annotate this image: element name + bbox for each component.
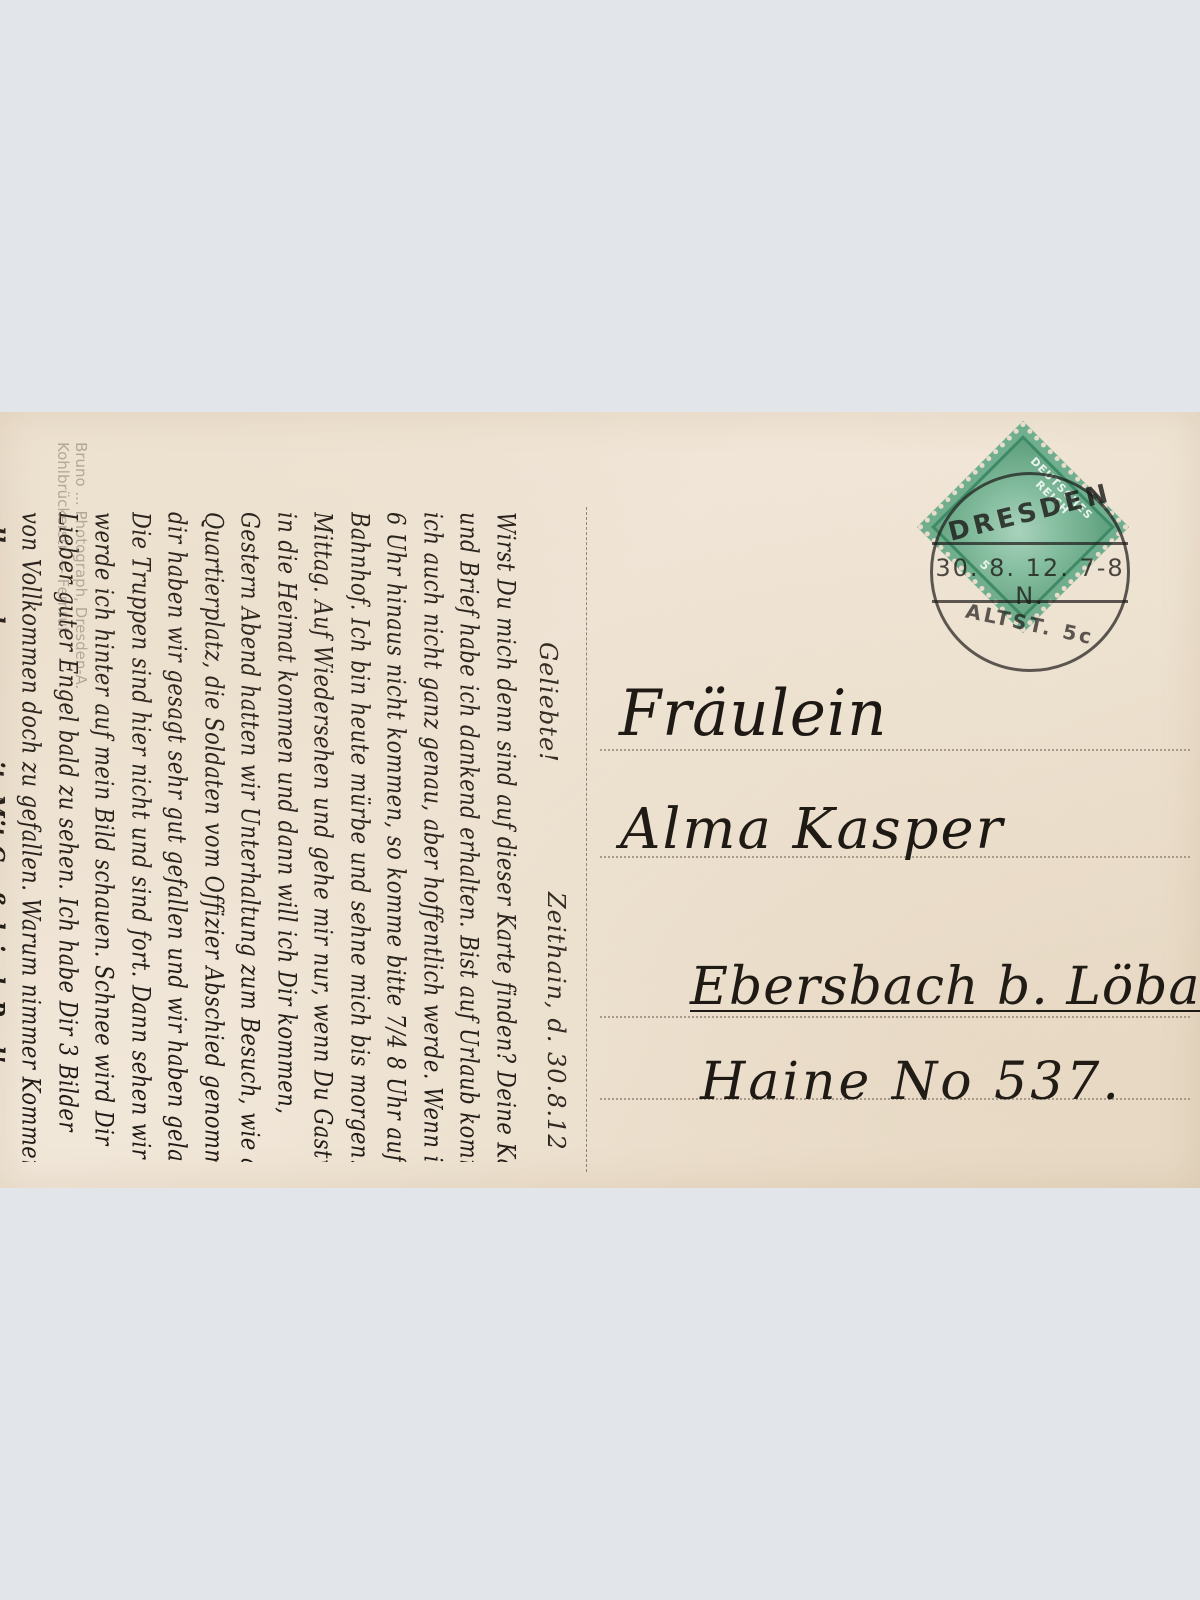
divider-line bbox=[586, 507, 587, 1172]
heading-line: Geliebte! Zeithain, d. 30.8.12 bbox=[532, 422, 572, 1162]
greeting: Geliebte! bbox=[534, 642, 562, 763]
imprint-line: Kohlbrückerstr. — Fernruf bbox=[54, 442, 72, 802]
message-date: Zeithain, d. 30.8.12 bbox=[542, 892, 570, 1151]
address-salutation: Fräulein bbox=[619, 677, 887, 751]
postcard: Geliebte! Zeithain, d. 30.8.12 Wirst Du … bbox=[0, 412, 1200, 1188]
address-street: Haine No 537. bbox=[700, 1052, 1122, 1112]
postmark: DRESDEN 30. 8. 12. 7-8 N. ALTST. 5c bbox=[930, 472, 1130, 672]
photographer-imprint: Bruno ... Photograph, Dresden-A. Kohlbrü… bbox=[54, 442, 90, 802]
imprint-line: Bruno ... Photograph, Dresden-A. bbox=[72, 442, 90, 802]
address-town: Ebersbach b. Löbau i/S. bbox=[690, 957, 1200, 1017]
address-name: Alma Kasper bbox=[620, 797, 1004, 862]
message-signoff: alles und von nun mit. Mit Gruß dein l. … bbox=[0, 512, 17, 1162]
message-area: Geliebte! Zeithain, d. 30.8.12 Wirst Du … bbox=[0, 412, 580, 1188]
message-rotated: Geliebte! Zeithain, d. 30.8.12 Wirst Du … bbox=[10, 422, 580, 1162]
